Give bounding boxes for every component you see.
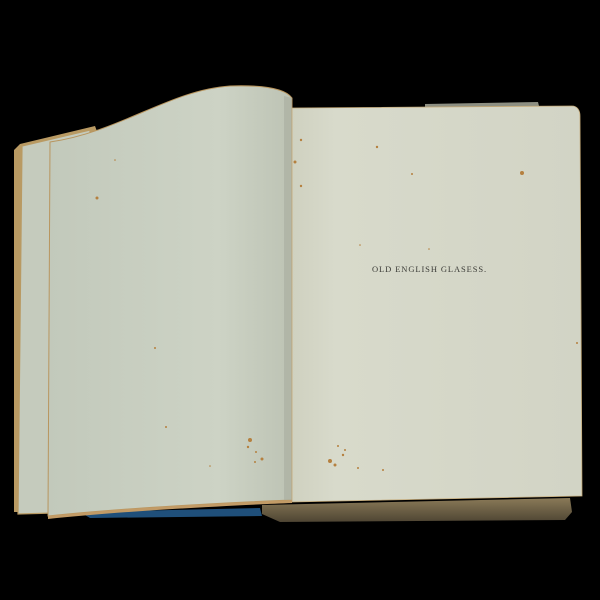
page-title: OLD ENGLISH GLASESS. [372,264,512,274]
open-book-illustration [0,0,600,600]
gutter-shadow [284,96,292,500]
right-page [292,106,582,502]
photo-scene: OLD ENGLISH GLASESS. [0,0,600,600]
